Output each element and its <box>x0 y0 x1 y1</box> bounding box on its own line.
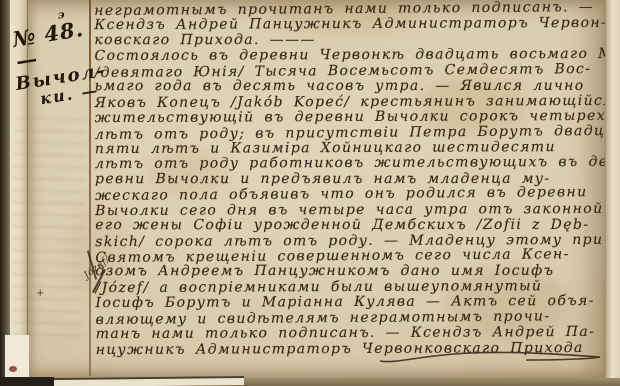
margin-correction-mark: + <box>36 288 44 299</box>
next-page-edge <box>605 0 620 378</box>
binding-corner-shadow <box>0 377 54 386</box>
manuscript-line: ьмаго года въ десять часовъ утра. — Явил… <box>95 79 603 95</box>
manuscript-line: лѣтъ отъ роду; въ присутствіи Петра Бору… <box>95 124 603 143</box>
manuscript-line: его жены Софіи урожденной Дембскихъ /Zof… <box>95 218 603 234</box>
under-page-edge <box>54 376 244 386</box>
register-page: э № 48.— Вычол- ки. — + неграмотнымъ про… <box>28 0 606 378</box>
scanned-register-page-photo: э № 48.— Вычол- ки. — + неграмотнымъ про… <box>0 0 620 386</box>
under-page-corner <box>5 335 29 381</box>
manuscript-line: дзомъ Андреемъ Панцужникомъ дано имя Іос… <box>95 264 603 280</box>
manuscript-line: ковскаго Прихода. ——— <box>94 33 602 49</box>
signature-flourish <box>376 349 608 365</box>
red-wax-spot <box>9 366 17 372</box>
ink-bleed-through <box>10 117 86 346</box>
manuscript-text: неграмотнымъ прочитанъ нами только подпи… <box>94 1 604 358</box>
book-binding-edge <box>0 0 10 386</box>
